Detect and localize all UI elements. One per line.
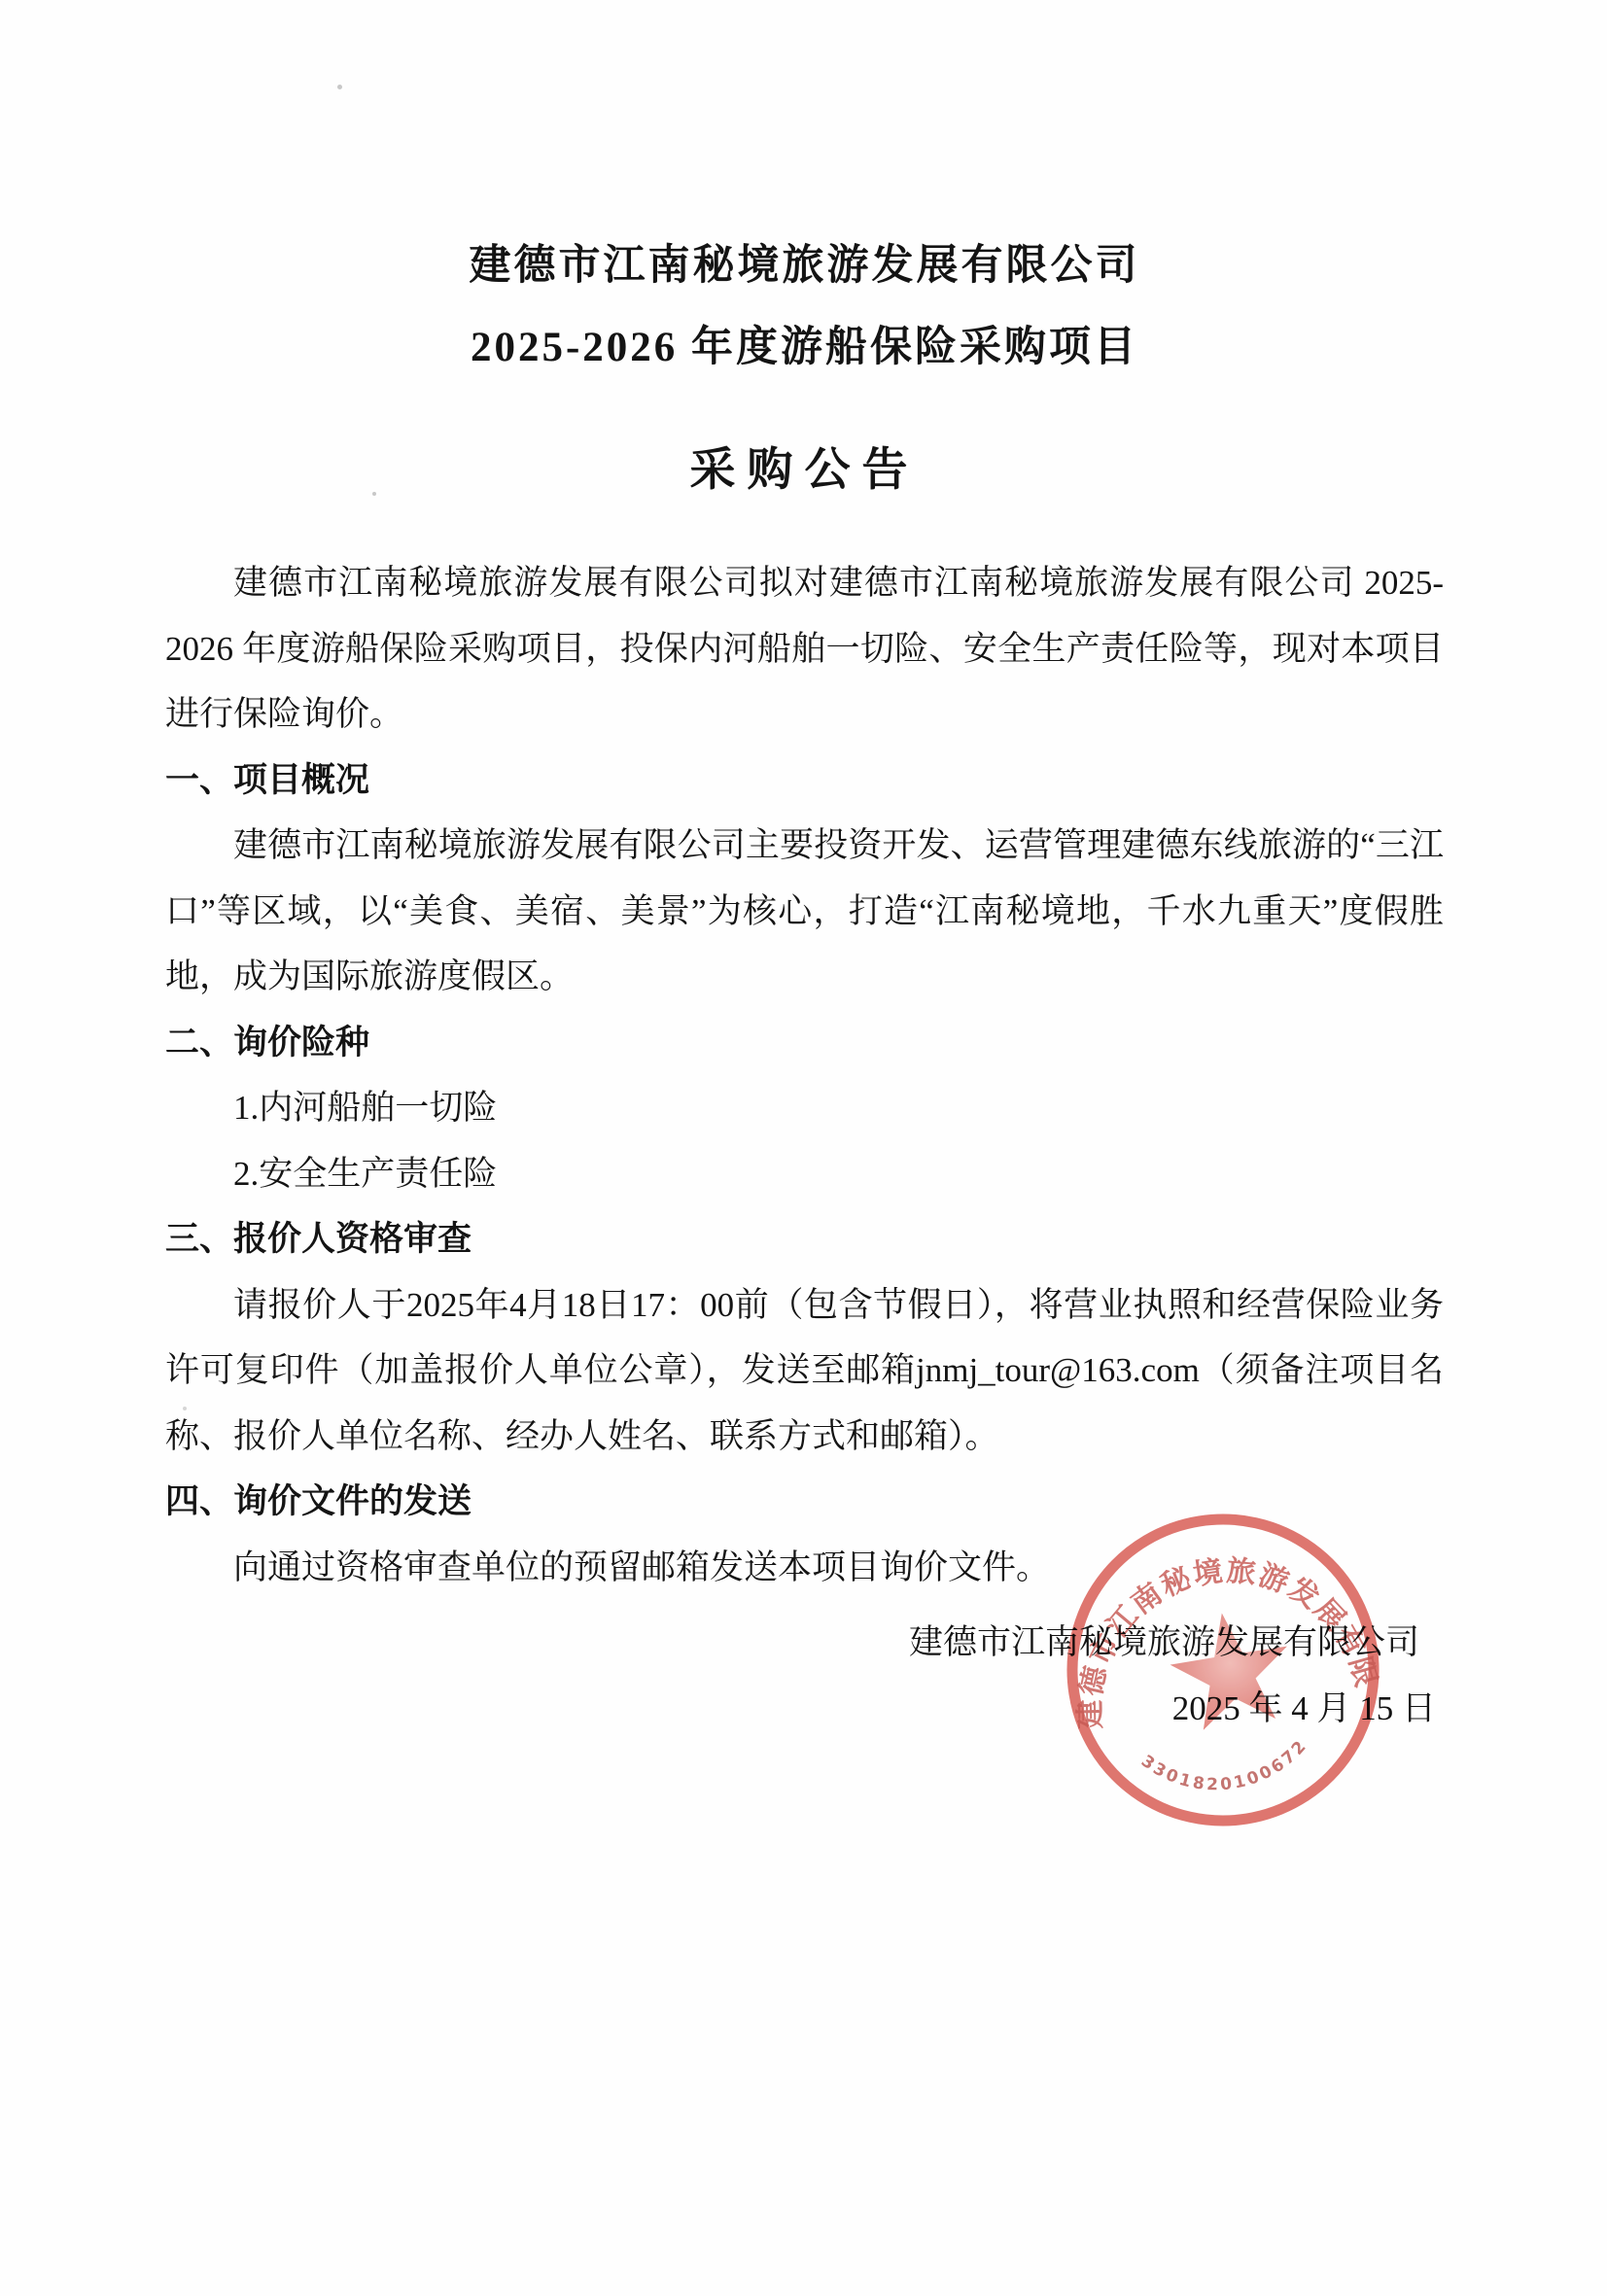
scan-speck	[372, 492, 376, 496]
scanned-page: 建德市江南秘境旅游发展有限公司 2025-2026 年度游船保险采购项目 采购公…	[0, 0, 1607, 2296]
scan-speck	[183, 1407, 187, 1410]
section-3-paragraph: 请报价人于2025年4月18日17：00前（包含节假日），将营业执照和经营保险业…	[165, 1272, 1444, 1470]
document-body: 建德市江南秘境旅游发展有限公司 2025-2026 年度游船保险采购项目 采购公…	[165, 0, 1444, 1741]
title-project-line: 2025-2026 年度游船保险采购项目	[165, 325, 1444, 371]
document-title-block: 建德市江南秘境旅游发展有限公司 2025-2026 年度游船保险采购项目	[165, 0, 1444, 371]
intro-paragraph: 建德市江南秘境旅游发展有限公司拟对建德市江南秘境旅游发展有限公司 2025-20…	[165, 550, 1444, 748]
section-2-heading: 二、询价险种	[165, 1010, 1444, 1076]
section-4-paragraph: 向通过资格审查单位的预留邮箱发送本项目询价文件。	[165, 1535, 1444, 1601]
section-3-heading: 三、报价人资格审查	[165, 1206, 1444, 1272]
signature-date: 2025 年 4 月 15 日	[165, 1676, 1444, 1742]
section-1-paragraph: 建德市江南秘境旅游发展有限公司主要投资开发、运营管理建德东线旅游的“三江口”等区…	[165, 813, 1444, 1010]
insurance-item-1: 1.内河船舶一切险	[165, 1075, 1444, 1141]
signature-company-name: 建德市江南秘境旅游发展有限公司	[165, 1610, 1444, 1676]
scan-speck	[337, 85, 342, 89]
signature-block: 建德市江南秘境旅游发展有限公司 2025 年 4 月 15 日	[165, 1610, 1444, 1741]
section-1-heading: 一、项目概况	[165, 748, 1444, 814]
document-subtitle: 采购公告	[165, 445, 1444, 496]
title-company-line: 建德市江南秘境旅游发展有限公司	[165, 243, 1444, 290]
insurance-item-2: 2.安全生产责任险	[165, 1141, 1444, 1207]
document-text: 建德市江南秘境旅游发展有限公司拟对建德市江南秘境旅游发展有限公司 2025-20…	[165, 550, 1444, 1741]
section-4-heading: 四、询价文件的发送	[165, 1469, 1444, 1535]
